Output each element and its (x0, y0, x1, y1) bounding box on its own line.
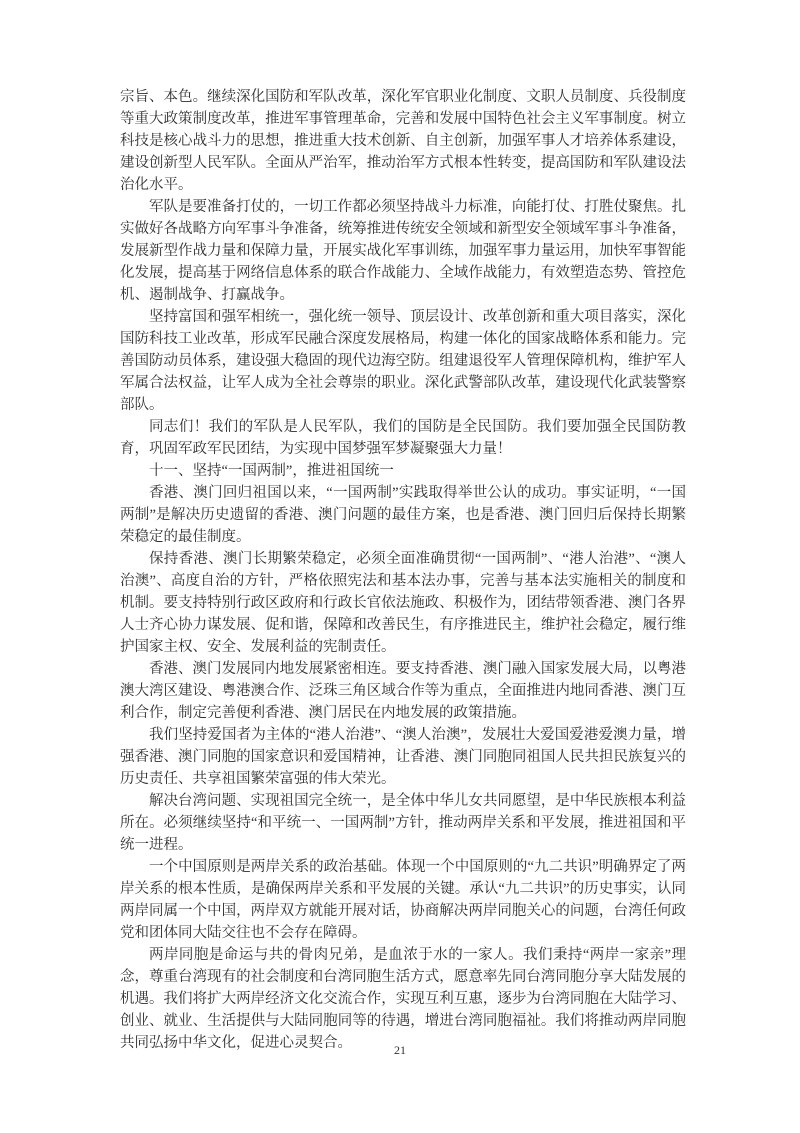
paragraph: 我们坚持爱国者为主体的“港人治港”、“澳人治澳”，发展壮大爱国爱港爱澳力量，增强… (120, 724, 686, 790)
paragraph: 同志们！我们的军队是人民军队，我们的国防是全民国防。我们要加强全民国防教育，巩固… (120, 416, 686, 460)
paragraph: 解决台湾问题、实现祖国完全统一，是全体中华儿女共同愿望，是中华民族根本利益所在。… (120, 790, 686, 856)
page-number: 21 (0, 1042, 800, 1058)
paragraph: 一个中国原则是两岸关系的政治基础。体现一个中国原则的“九二共识”明确界定了两岸关… (120, 856, 686, 944)
paragraph: 香港、澳门发展同内地发展紧密相连。要支持香港、澳门融入国家发展大局，以粤港澳大湾… (120, 658, 686, 724)
paragraph-continuation: 宗旨、本色。继续深化国防和军队改革，深化军官职业化制度、文职人员制度、兵役制度等… (120, 86, 686, 196)
section-heading: 十一、坚持“一国两制”，推进祖国统一 (120, 460, 686, 482)
page-body: 宗旨、本色。继续深化国防和军队改革，深化军官职业化制度、文职人员制度、兵役制度等… (120, 86, 686, 1054)
paragraph: 军队是要准备打仗的，一切工作都必须坚持战斗力标准，向能打仗、打胜仗聚焦。扎实做好… (120, 196, 686, 306)
paragraph: 两岸同胞是命运与共的骨肉兄弟，是血浓于水的一家人。我们秉持“两岸一家亲”理念，尊… (120, 944, 686, 1054)
paragraph: 香港、澳门回归祖国以来，“一国两制”实践取得举世公认的成功。事实证明，“一国两制… (120, 482, 686, 548)
paragraph: 坚持富国和强军相统一，强化统一领导、顶层设计、改革创新和重大项目落实，深化国防科… (120, 306, 686, 416)
document-page: 宗旨、本色。继续深化国防和军队改革，深化军官职业化制度、文职人员制度、兵役制度等… (0, 0, 800, 1133)
paragraph: 保持香港、澳门长期繁荣稳定，必须全面准确贯彻“一国两制”、“港人治港”、“澳人治… (120, 548, 686, 658)
